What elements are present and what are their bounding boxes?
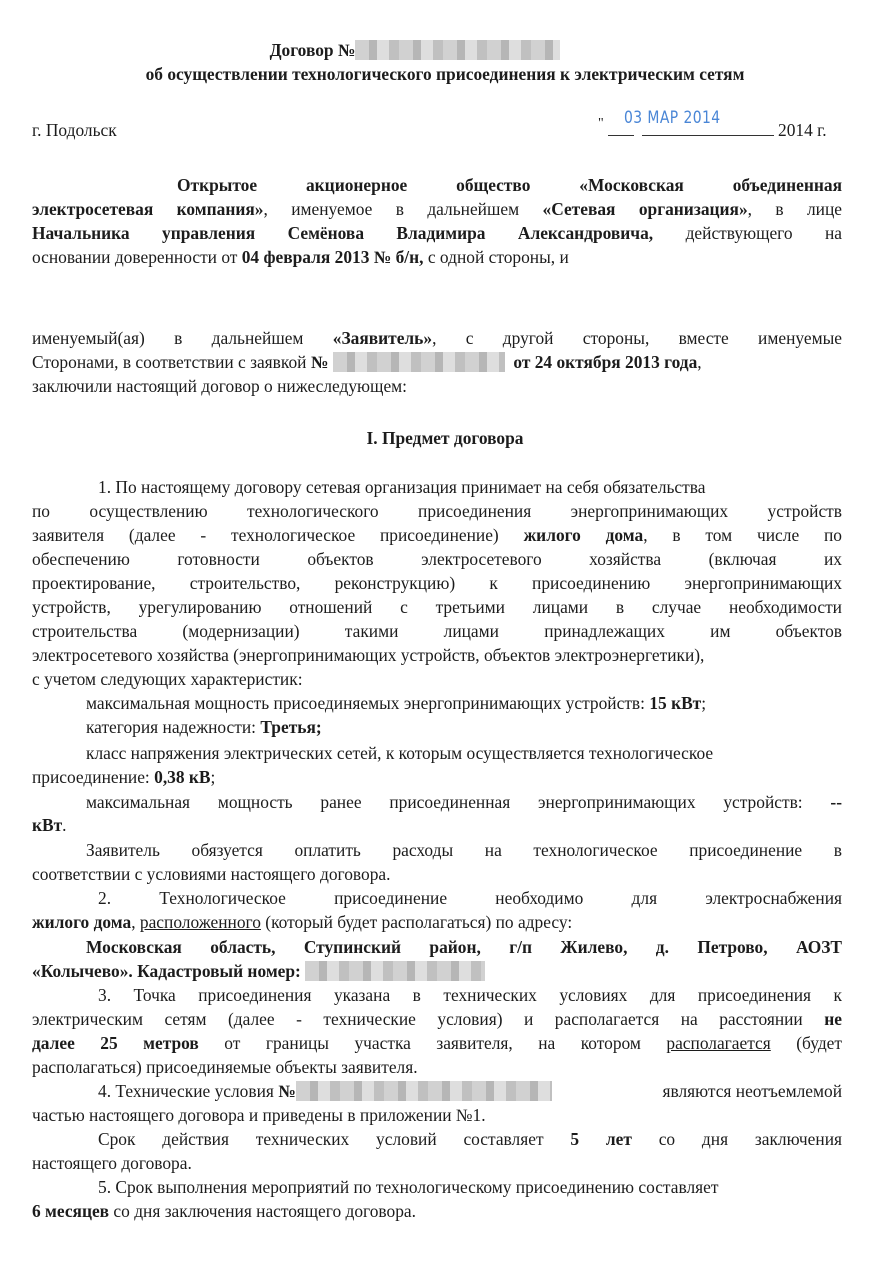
characteristic-line: кВт. (32, 813, 842, 837)
clause-line: электрическим сетям (далее - технические… (32, 1007, 842, 1031)
redacted-application-number (333, 352, 505, 372)
preamble-line: Открытое акционерное общество «Московска… (32, 173, 842, 197)
preamble-line: именуемый(ая) в дальнейшем «Заявитель», … (32, 326, 842, 350)
clause-line: 1. По настоящему договору сетевая органи… (32, 475, 842, 499)
clause-line: 5. Срок выполнения мероприятий по технол… (32, 1175, 842, 1199)
address-line: Московская область, Ступинский район, г/… (32, 935, 842, 959)
date-stamp: 03 МАР 2014 (624, 108, 721, 128)
clause-line: располагаться) присоединяемые объекты за… (32, 1055, 842, 1079)
redacted-contract-number (355, 40, 560, 60)
clause-line: проектирование, строительство, реконстру… (32, 571, 842, 595)
preamble-line: Начальника управления Семёнова Владимира… (32, 221, 842, 245)
date-quote: " (598, 116, 604, 132)
characteristic-line: класс напряжения электрических сетей, к … (32, 741, 842, 765)
clause-line: обеспечению готовности объектов электрос… (32, 547, 842, 571)
clause-line: строительства (модернизации) такими лица… (32, 619, 842, 643)
year: 2014 г. (778, 118, 858, 142)
clause-line: заявителя (далее - технологическое присо… (32, 523, 842, 547)
contract-title: Договор № (0, 40, 890, 61)
clause-line: по осуществлению технологического присое… (32, 499, 842, 523)
month-underline (642, 135, 774, 136)
address-line: «Колычево». Кадастровый номер: (32, 959, 842, 983)
preamble-line: Сторонами, в соответствии с заявкой № от… (32, 350, 842, 374)
characteristic-line: максимальная мощность присоединяемых эне… (32, 691, 842, 715)
clause-line: далее 25 метров от границы участка заяви… (32, 1031, 842, 1055)
clause-line: жилого дома, расположенного (который буд… (32, 910, 842, 934)
clause-line: 3. Точка присоединения указана в техниче… (32, 983, 842, 1007)
redacted-cadastral-number (305, 961, 485, 981)
clause-line-end: являются неотъемлемой (32, 1079, 842, 1103)
contract-page: Договор № об осуществлении технологическ… (0, 0, 890, 1270)
preamble-line: электросетевая компания», именуемое в да… (32, 197, 842, 221)
clause-line: Срок действия технических условий состав… (32, 1127, 842, 1151)
clause-line: соответствии с условиями настоящего дого… (32, 862, 842, 886)
preamble-line: основании доверенности от 04 февраля 201… (32, 245, 842, 269)
clause-line: Заявитель обязуется оплатить расходы на … (32, 838, 842, 862)
characteristic-line: категория надежности: Третья; (32, 715, 842, 739)
characteristic-line: присоединение: 0,38 кВ; (32, 765, 842, 789)
section-heading: I. Предмет договора (0, 428, 890, 449)
clause-line: 2. Технологическое присоединение необход… (32, 886, 842, 910)
clause-line: частью настоящего договора и приведены в… (32, 1103, 842, 1127)
clause-line: настоящего договора. (32, 1151, 842, 1175)
clause-line: с учетом следующих характеристик: (32, 667, 842, 691)
characteristic-line: максимальная мощность ранее присоединенн… (32, 790, 842, 814)
clause-line: электросетевого хозяйства (энергопринима… (32, 643, 842, 667)
clause-line: 6 месяцев со дня заключения настоящего д… (32, 1199, 842, 1223)
preamble-line: заключили настоящий договор о нижеследую… (32, 374, 842, 398)
clause-line: устройств, урегулированию отношений с тр… (32, 595, 842, 619)
day-underline (608, 135, 634, 136)
contract-subtitle: об осуществлении технологического присое… (0, 64, 890, 85)
